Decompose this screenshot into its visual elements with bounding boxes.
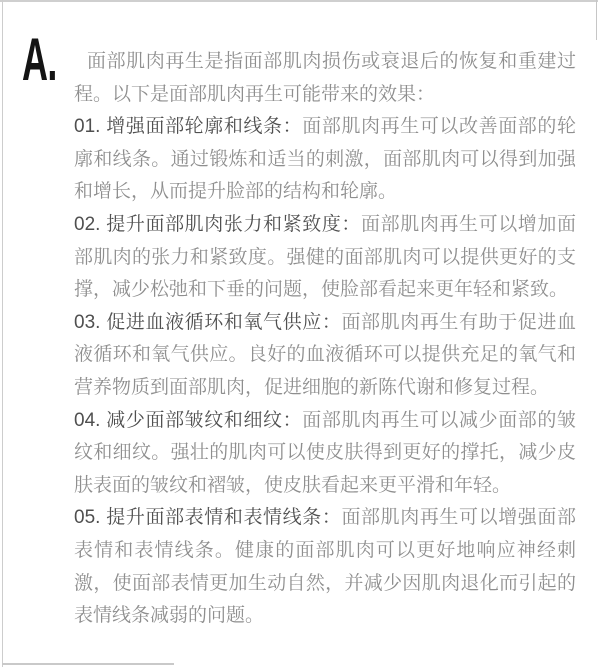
answer-card: A. 面部肌肉再生是指面部肌肉损伤或衰退后的恢复和重建过程。以下是面部肌肉再生可… [0,0,598,667]
card-border-bottom [2,663,174,665]
item-heading: 01. 增强面部轮廓和线条： [74,116,302,137]
item-paragraph-01: 01. 增强面部轮廓和线条：面部肌肉再生可以改善面部的轮廓和线条。通过锻炼和适当… [74,111,576,209]
item-heading: 02. 提升面部肌肉张力和紧致度： [74,214,361,235]
card-border-top [0,0,598,2]
item-heading: 04. 减少面部皱纹和细纹： [74,410,302,431]
item-heading: 05. 提升面部表情和表情线条： [74,507,341,528]
answer-content: 面部肌肉再生是指面部肌肉损伤或衰退后的恢复和重建过程。以下是面部肌肉再生可能带来… [74,46,576,633]
item-paragraph-03: 03. 促进血液循环和氧气供应：面部肌肉再生有助于促进血液循环和氧气供应。良好的… [74,307,576,405]
card-border-left [2,0,3,667]
card-border-right [596,0,597,40]
answer-label: A. [22,30,57,90]
intro-paragraph: 面部肌肉再生是指面部肌肉损伤或衰退后的恢复和重建过程。以下是面部肌肉再生可能带来… [74,46,576,111]
item-paragraph-02: 02. 提升面部肌肉张力和紧致度：面部肌肉再生可以增加面部肌肉的张力和紧致度。强… [74,209,576,307]
item-heading: 03. 促进血液循环和氧气供应： [74,312,341,333]
item-paragraph-04: 04. 减少面部皱纹和细纹：面部肌肉再生可以减少面部的皱纹和细纹。强壮的肌肉可以… [74,405,576,503]
item-paragraph-05: 05. 提升面部表情和表情线条：面部肌肉再生可以增强面部表情和表情线条。健康的面… [74,502,576,632]
